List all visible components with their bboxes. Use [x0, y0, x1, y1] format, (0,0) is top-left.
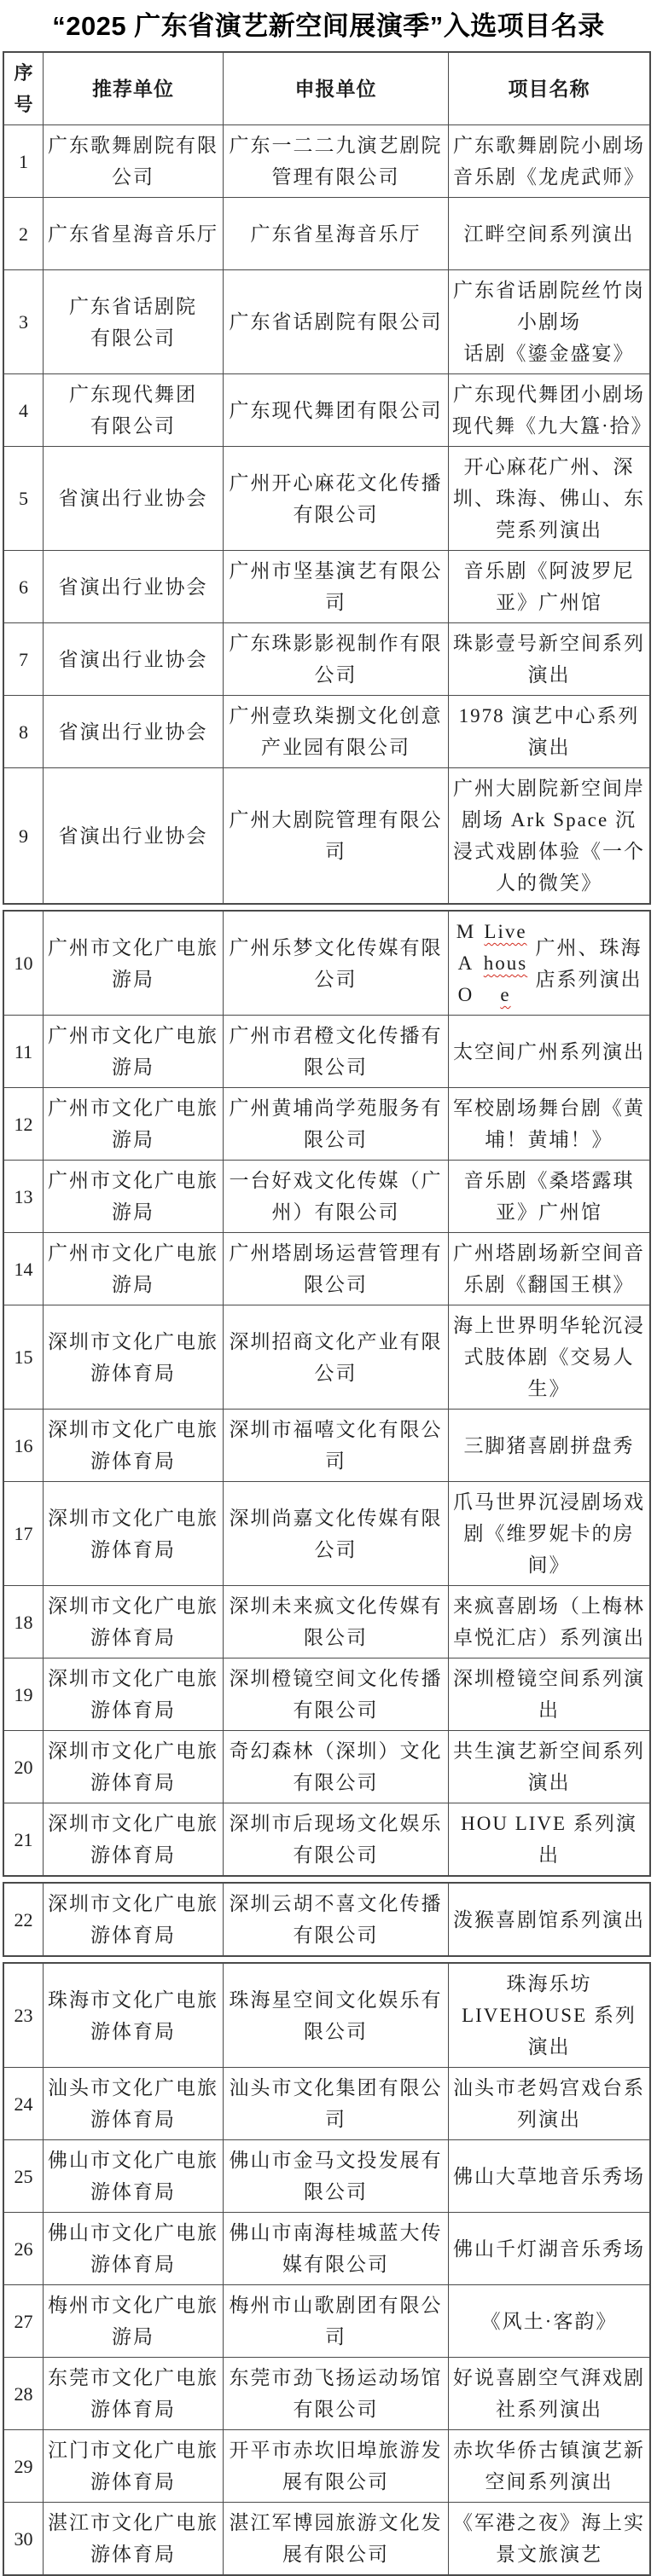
table-row: 4广东现代舞团 有限公司广东现代舞团有限公司广东现代舞团小剧场 现代舞《九大簋·…: [4, 373, 649, 446]
table-header-row: 序号 推荐单位 申报单位 项目名称: [4, 53, 649, 124]
cell-applicant: 珠海星空间文化娱乐有限公司: [223, 1964, 448, 2067]
cell-no: 25: [4, 2140, 43, 2212]
cell-project: 赤坎华侨古镇演艺新空间系列演出: [448, 2430, 649, 2502]
table-row: 5省演出行业协会广州开心麻花文化传播有限公司开心麻花广州、深圳、珠海、佛山、东莞…: [4, 446, 649, 550]
table-row: 8省演出行业协会广州壹玖柒捌文化创意产业园有限公司1978 演艺中心系列演出: [4, 695, 649, 767]
cell-recommender: 广东省星海音乐厅: [43, 198, 223, 269]
cell-applicant: 深圳市后现场文化娱乐有限公司: [223, 1803, 448, 1875]
cell-applicant: 深圳橙镜空间文化传播有限公司: [223, 1658, 448, 1730]
table-row: 28东莞市文化广电旅游体育局东莞市劲飞扬运动场馆有限公司好说喜剧空气湃戏剧社系列…: [4, 2357, 649, 2429]
cell-applicant: 奇幻森林（深圳）文化有限公司: [223, 1731, 448, 1803]
cell-recommender: 深圳市文化广电旅游体育局: [43, 1586, 223, 1658]
cell-applicant: 梅州市山歌剧团有限公司: [223, 2285, 448, 2357]
cell-applicant: 东莞市劲飞扬运动场馆有限公司: [223, 2358, 448, 2429]
table-row: 29江门市文化广电旅游体育局开平市赤坎旧埠旅游发展有限公司赤坎华侨古镇演艺新空间…: [4, 2429, 649, 2502]
cell-no: 23: [4, 1964, 43, 2067]
cell-recommender: 省演出行业协会: [43, 768, 223, 903]
table-row: 27梅州市文化广电旅游局梅州市山歌剧团有限公司《风土·客韵》: [4, 2284, 649, 2357]
cell-applicant: 佛山市南海桂城蓝大传媒有限公司: [223, 2213, 448, 2284]
cell-no: 26: [4, 2213, 43, 2284]
cell-no: 16: [4, 1410, 43, 1481]
table-section: 序号 推荐单位 申报单位 项目名称 1广东歌舞剧院有限公司广东一二二九演艺剧院管…: [3, 51, 651, 905]
table-row: 9省演出行业协会广州大剧院管理有限公司广州大剧院新空间岸剧场 Ark Space…: [4, 767, 649, 903]
cell-applicant: 广州黄埔尚学苑服务有限公司: [223, 1088, 448, 1160]
cell-no: 5: [4, 447, 43, 550]
cell-applicant: 佛山市金马文投发展有限公司: [223, 2140, 448, 2212]
cell-recommender: 广东省话剧院 有限公司: [43, 270, 223, 373]
cell-no: 24: [4, 2068, 43, 2139]
table-row: 14广州市文化广电旅游局广州塔剧场运营管理有限公司广州塔剧场新空间音乐剧《翻国王…: [4, 1232, 649, 1305]
table-row: 16深圳市文化广电旅游体育局深圳市福嘻文化有限公司三脚猪喜剧拼盘秀: [4, 1409, 649, 1481]
cell-no: 30: [4, 2503, 43, 2574]
cell-recommender: 深圳市文化广电旅游体育局: [43, 1884, 223, 1955]
table-row: 7省演出行业协会广东珠影影视制作有限公司珠影壹号新空间系列演出: [4, 622, 649, 695]
cell-project: MAO Livehouse 广州、珠海店系列演出: [448, 912, 649, 1015]
table-row: 21深圳市文化广电旅游体育局深圳市后现场文化娱乐有限公司HOU LIVE 系列演…: [4, 1803, 649, 1875]
cell-recommender: 广州市文化广电旅游局: [43, 1161, 223, 1232]
cell-project: HOU LIVE 系列演出: [448, 1803, 649, 1875]
cell-recommender: 广东歌舞剧院有限公司: [43, 125, 223, 197]
table-row: 12广州市文化广电旅游局广州黄埔尚学苑服务有限公司军校剧场舞台剧《黄埔！黄埔！》: [4, 1087, 649, 1160]
table-section: 22深圳市文化广电旅游体育局深圳云胡不喜文化传播有限公司泼猴喜剧馆系列演出: [3, 1882, 651, 1957]
cell-no: 27: [4, 2285, 43, 2357]
table-row: 24汕头市文化广电旅游体育局汕头市文化集团有限公司汕头市老妈宫戏台系列演出: [4, 2067, 649, 2139]
cell-no: 19: [4, 1658, 43, 1730]
cell-recommender: 汕头市文化广电旅游体育局: [43, 2068, 223, 2139]
cell-recommender: 佛山市文化广电旅游体育局: [43, 2213, 223, 2284]
cell-project: 海上世界明华轮沉浸式肢体剧《交易人生》: [448, 1305, 649, 1409]
cell-no: 17: [4, 1482, 43, 1585]
cell-recommender: 深圳市文化广电旅游体育局: [43, 1410, 223, 1481]
projects-table: 序号 推荐单位 申报单位 项目名称 1广东歌舞剧院有限公司广东一二二九演艺剧院管…: [3, 51, 651, 2576]
cell-applicant: 深圳云胡不喜文化传播有限公司: [223, 1884, 448, 1955]
cell-project: 军校剧场舞台剧《黄埔！黄埔！》: [448, 1088, 649, 1160]
document-page: “2025 广东省演艺新空间展演季”入选项目名录 序号 推荐单位 申报单位 项目…: [0, 0, 657, 2576]
table-row: 26佛山市文化广电旅游体育局佛山市南海桂城蓝大传媒有限公司佛山千灯湖音乐秀场: [4, 2212, 649, 2284]
cell-applicant: 广州市坚基演艺有限公司: [223, 551, 448, 622]
spellcheck-squiggle: Livehouse: [480, 916, 532, 1010]
cell-applicant: 广东现代舞团有限公司: [223, 374, 448, 446]
cell-project: 共生演艺新空间系列演出: [448, 1731, 649, 1803]
cell-no: 7: [4, 623, 43, 695]
cell-project: 泼猴喜剧馆系列演出: [448, 1884, 649, 1955]
cell-project: 三脚猪喜剧拼盘秀: [448, 1410, 649, 1481]
cell-project: 来疯喜剧场（上梅林卓悦汇店）系列演出: [448, 1586, 649, 1658]
table-row: 15深圳市文化广电旅游体育局深圳招商文化产业有限公司海上世界明华轮沉浸式肢体剧《…: [4, 1305, 649, 1409]
cell-applicant: 广州大剧院管理有限公司: [223, 768, 448, 903]
cell-applicant: 湛江军博园旅游文化发展有限公司: [223, 2503, 448, 2574]
cell-no: 13: [4, 1161, 43, 1232]
table-row: 18深圳市文化广电旅游体育局深圳未来疯文化传媒有限公司来疯喜剧场（上梅林卓悦汇店…: [4, 1585, 649, 1658]
cell-no: 10: [4, 912, 43, 1015]
table-section: 23珠海市文化广电旅游体育局珠海星空间文化娱乐有限公司珠海乐坊 LIVEHOUS…: [3, 1962, 651, 2576]
table-row: 22深圳市文化广电旅游体育局深圳云胡不喜文化传播有限公司泼猴喜剧馆系列演出: [4, 1884, 649, 1955]
cell-applicant: 广州塔剧场运营管理有限公司: [223, 1233, 448, 1305]
cell-recommender: 广州市文化广电旅游局: [43, 1088, 223, 1160]
cell-project: 《风土·客韵》: [448, 2285, 649, 2357]
cell-project: 深圳橙镜空间系列演出: [448, 1658, 649, 1730]
cell-no: 20: [4, 1731, 43, 1803]
cell-recommender: 省演出行业协会: [43, 696, 223, 767]
table-row: 30湛江市文化广电旅游体育局湛江军博园旅游文化发展有限公司《军港之夜》海上实景文…: [4, 2502, 649, 2574]
cell-applicant: 汕头市文化集团有限公司: [223, 2068, 448, 2139]
table-row: 11广州市文化广电旅游局广州市君橙文化传播有限公司太空间广州系列演出: [4, 1015, 649, 1087]
cell-project: 1978 演艺中心系列演出: [448, 696, 649, 767]
cell-applicant: 开平市赤坎旧埠旅游发展有限公司: [223, 2430, 448, 2502]
cell-no: 3: [4, 270, 43, 373]
cell-no: 11: [4, 1016, 43, 1087]
cell-applicant: 深圳未来疯文化传媒有限公司: [223, 1586, 448, 1658]
cell-recommender: 东莞市文化广电旅游体育局: [43, 2358, 223, 2429]
cell-recommender: 珠海市文化广电旅游体育局: [43, 1964, 223, 2067]
cell-project: 佛山千灯湖音乐秀场: [448, 2213, 649, 2284]
cell-recommender: 广东现代舞团 有限公司: [43, 374, 223, 446]
cell-no: 15: [4, 1305, 43, 1409]
header-no: 序号: [4, 53, 43, 124]
cell-applicant: 深圳尚嘉文化传媒有限公司: [223, 1482, 448, 1585]
header-applicant: 申报单位: [223, 53, 448, 124]
table-row: 13广州市文化广电旅游局一台好戏文化传媒（广州）有限公司音乐剧《桑塔露琪亚》广州…: [4, 1160, 649, 1232]
cell-no: 1: [4, 125, 43, 197]
cell-recommender: 深圳市文化广电旅游体育局: [43, 1803, 223, 1875]
cell-project: 好说喜剧空气湃戏剧社系列演出: [448, 2358, 649, 2429]
table-section: 10广州市文化广电旅游局广州乐梦文化传媒有限公司MAO Livehouse 广州…: [3, 910, 651, 1877]
cell-no: 9: [4, 768, 43, 903]
cell-project: 广东现代舞团小剧场 现代舞《九大簋·拾》: [448, 374, 649, 446]
table-row: 23珠海市文化广电旅游体育局珠海星空间文化娱乐有限公司珠海乐坊 LIVEHOUS…: [4, 1964, 649, 2067]
cell-applicant: 深圳市福嘻文化有限公司: [223, 1410, 448, 1481]
table-row: 25佛山市文化广电旅游体育局佛山市金马文投发展有限公司佛山大草地音乐秀场: [4, 2139, 649, 2212]
table-row: 20深圳市文化广电旅游体育局奇幻森林（深圳）文化有限公司共生演艺新空间系列演出: [4, 1730, 649, 1803]
table-row: 6省演出行业协会广州市坚基演艺有限公司音乐剧《阿波罗尼亚》广州馆: [4, 550, 649, 622]
cell-no: 14: [4, 1233, 43, 1305]
table-row: 2广东省星海音乐厅广东省星海音乐厅江畔空间系列演出: [4, 197, 649, 269]
cell-applicant: 深圳招商文化产业有限公司: [223, 1305, 448, 1409]
cell-project: 佛山大草地音乐秀场: [448, 2140, 649, 2212]
cell-applicant: 广州壹玖柒捌文化创意产业园有限公司: [223, 696, 448, 767]
cell-recommender: 深圳市文化广电旅游体育局: [43, 1482, 223, 1585]
cell-recommender: 深圳市文化广电旅游体育局: [43, 1658, 223, 1730]
table-row: 10广州市文化广电旅游局广州乐梦文化传媒有限公司MAO Livehouse 广州…: [4, 912, 649, 1015]
table-row: 17深圳市文化广电旅游体育局深圳尚嘉文化传媒有限公司爪马世界沉浸剧场戏剧《维罗妮…: [4, 1481, 649, 1585]
cell-project: 爪马世界沉浸剧场戏剧《维罗妮卡的房间》: [448, 1482, 649, 1585]
cell-project: 江畔空间系列演出: [448, 198, 649, 269]
cell-applicant: 广东省星海音乐厅: [223, 198, 448, 269]
cell-no: 29: [4, 2430, 43, 2502]
cell-recommender: 梅州市文化广电旅游局: [43, 2285, 223, 2357]
cell-project: 开心麻花广州、深圳、珠海、佛山、东莞系列演出: [448, 447, 649, 550]
header-recommender: 推荐单位: [43, 53, 223, 124]
cell-applicant: 广州乐梦文化传媒有限公司: [223, 912, 448, 1015]
header-project: 项目名称: [448, 53, 649, 124]
cell-no: 21: [4, 1803, 43, 1875]
cell-recommender: 深圳市文化广电旅游体育局: [43, 1305, 223, 1409]
cell-applicant: 广东省话剧院有限公司: [223, 270, 448, 373]
cell-recommender: 广州市文化广电旅游局: [43, 1016, 223, 1087]
cell-project: 太空间广州系列演出: [448, 1016, 649, 1087]
cell-recommender: 广州市文化广电旅游局: [43, 912, 223, 1015]
table-row: 19深圳市文化广电旅游体育局深圳橙镜空间文化传播有限公司深圳橙镜空间系列演出: [4, 1658, 649, 1730]
cell-project: 广东省话剧院丝竹岗小剧场 话剧《鎏金盛宴》: [448, 270, 649, 373]
cell-project: 音乐剧《桑塔露琪亚》广州馆: [448, 1161, 649, 1232]
cell-no: 18: [4, 1586, 43, 1658]
cell-recommender: 湛江市文化广电旅游体育局: [43, 2503, 223, 2574]
cell-no: 22: [4, 1884, 43, 1955]
cell-applicant: 广州市君橙文化传播有限公司: [223, 1016, 448, 1087]
cell-recommender: 深圳市文化广电旅游体育局: [43, 1731, 223, 1803]
table-row: 1广东歌舞剧院有限公司广东一二二九演艺剧院管理有限公司广东歌舞剧院小剧场 音乐剧…: [4, 124, 649, 197]
cell-no: 2: [4, 198, 43, 269]
cell-project: 汕头市老妈宫戏台系列演出: [448, 2068, 649, 2139]
cell-project: 珠海乐坊 LIVEHOUSE 系列演出: [448, 1964, 649, 2067]
cell-recommender: 省演出行业协会: [43, 551, 223, 622]
cell-no: 8: [4, 696, 43, 767]
table-row: 3广东省话剧院 有限公司广东省话剧院有限公司广东省话剧院丝竹岗小剧场 话剧《鎏金…: [4, 269, 649, 373]
cell-recommender: 江门市文化广电旅游体育局: [43, 2430, 223, 2502]
cell-no: 28: [4, 2358, 43, 2429]
cell-applicant: 广东一二二九演艺剧院管理有限公司: [223, 125, 448, 197]
cell-project: 音乐剧《阿波罗尼亚》广州馆: [448, 551, 649, 622]
cell-project: 广东歌舞剧院小剧场 音乐剧《龙虎武师》: [448, 125, 649, 197]
cell-project: 广州塔剧场新空间音乐剧《翻国王棋》: [448, 1233, 649, 1305]
cell-recommender: 佛山市文化广电旅游体育局: [43, 2140, 223, 2212]
cell-project: 广州大剧院新空间岸剧场 Ark Space 沉浸式戏剧体验《一个人的微笑》: [448, 768, 649, 903]
cell-recommender: 省演出行业协会: [43, 447, 223, 550]
cell-no: 4: [4, 374, 43, 446]
cell-project: 珠影壹号新空间系列演出: [448, 623, 649, 695]
cell-project: 《军港之夜》海上实景文旅演艺: [448, 2503, 649, 2574]
cell-recommender: 广州市文化广电旅游局: [43, 1233, 223, 1305]
cell-no: 12: [4, 1088, 43, 1160]
page-title: “2025 广东省演艺新空间展演季”入选项目名录: [0, 10, 657, 43]
cell-applicant: 一台好戏文化传媒（广州）有限公司: [223, 1161, 448, 1232]
cell-recommender: 省演出行业协会: [43, 623, 223, 695]
cell-applicant: 广东珠影影视制作有限公司: [223, 623, 448, 695]
cell-no: 6: [4, 551, 43, 622]
cell-applicant: 广州开心麻花文化传播有限公司: [223, 447, 448, 550]
